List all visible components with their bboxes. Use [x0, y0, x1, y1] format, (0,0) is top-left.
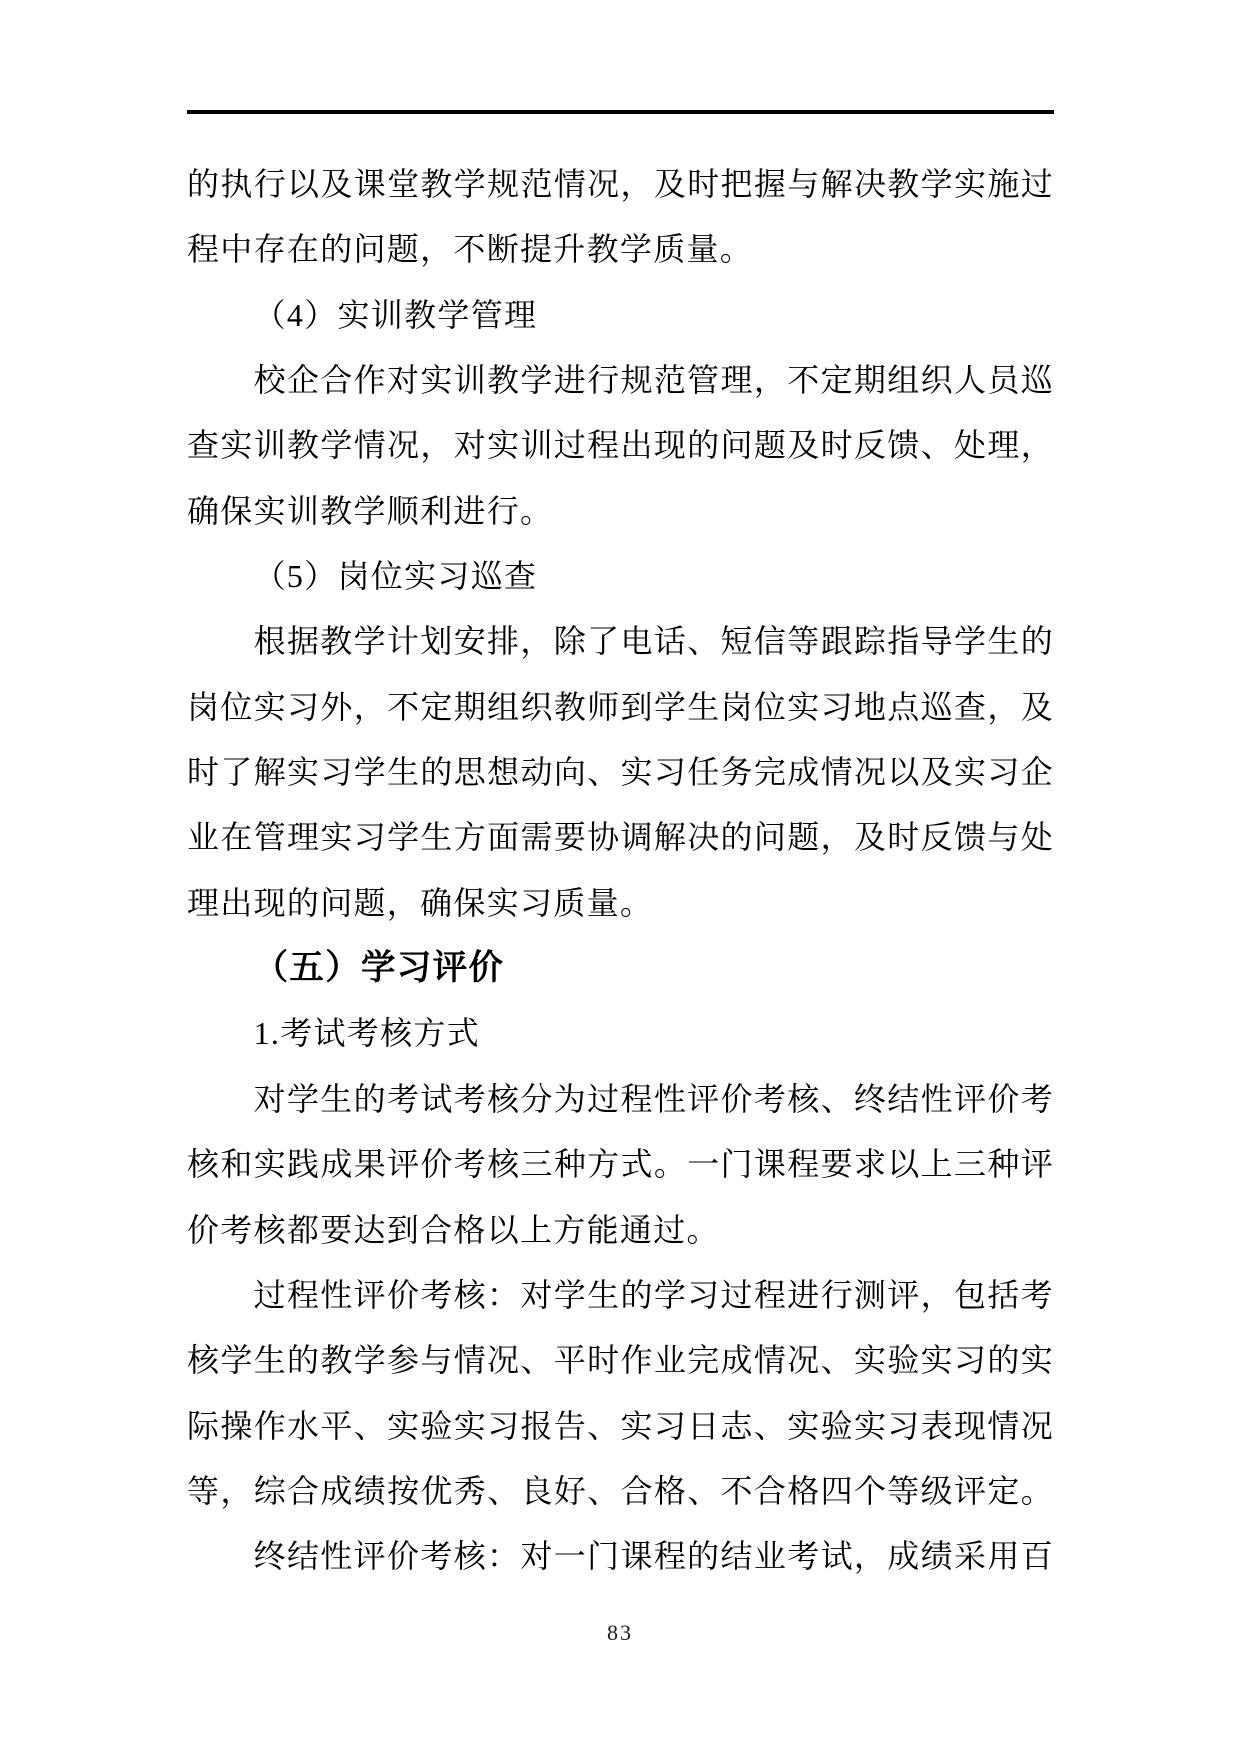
paragraph-line: 核和实践成果评价考核三种方式。一门课程要求以上三种评	[187, 1132, 1054, 1197]
item-heading-exam-assessment-method: 1.考试考核方式	[187, 1001, 1054, 1066]
paragraph-line: 价考核都要达到合格以上方能通过。	[187, 1198, 1054, 1263]
page-number: 83	[607, 1620, 633, 1645]
paragraph-line: 终结性评价考核：对一门课程的结业考试，成绩采用百	[187, 1524, 1054, 1589]
header-rule-line	[187, 110, 1054, 114]
paragraph-line: 际操作水平、实验实习报告、实习日志、实验实习表现情况	[187, 1394, 1054, 1459]
subsection-heading-practical-training-management: （4）实训教学管理	[187, 283, 1054, 348]
section-heading-learning-evaluation: （五）学习评价	[187, 936, 1054, 1001]
document-body: 的执行以及课堂教学规范情况，及时把握与解决教学实施过 程中存在的问题，不断提升教…	[187, 152, 1054, 1590]
paragraph-line: 等，综合成绩按优秀、良好、合格、不合格四个等级评定。	[187, 1459, 1054, 1524]
page-footer: 83	[0, 1620, 1240, 1646]
paragraph-line: 理出现的问题，确保实习质量。	[187, 871, 1054, 936]
paragraph-line: 对学生的考试考核分为过程性评价考核、终结性评价考	[187, 1067, 1054, 1132]
paragraph-line: 校企合作对实训教学进行规范管理，不定期组织人员巡	[187, 348, 1054, 413]
paragraph-line: 确保实训教学顺利进行。	[187, 479, 1054, 544]
paragraph-line: 程中存在的问题，不断提升教学质量。	[187, 217, 1054, 282]
paragraph-line: 过程性评价考核：对学生的学习过程进行测评，包括考	[187, 1263, 1054, 1328]
paragraph-line: 岗位实习外，不定期组织教师到学生岗位实习地点巡查，及	[187, 675, 1054, 740]
paragraph-line: 时了解实习学生的思想动向、实习任务完成情况以及实习企	[187, 740, 1054, 805]
paragraph-line: 业在管理实习学生方面需要协调解决的问题，及时反馈与处	[187, 805, 1054, 870]
subsection-heading-post-internship-inspection: （5）岗位实习巡查	[187, 544, 1054, 609]
document-page: 的执行以及课堂教学规范情况，及时把握与解决教学实施过 程中存在的问题，不断提升教…	[0, 0, 1240, 1754]
paragraph-line: 核学生的教学参与情况、平时作业完成情况、实验实习的实	[187, 1328, 1054, 1393]
paragraph-line: 根据教学计划安排，除了电话、短信等跟踪指导学生的	[187, 609, 1054, 674]
paragraph-line: 查实训教学情况，对实训过程出现的问题及时反馈、处理，	[187, 413, 1054, 478]
paragraph-line: 的执行以及课堂教学规范情况，及时把握与解决教学实施过	[187, 152, 1054, 217]
